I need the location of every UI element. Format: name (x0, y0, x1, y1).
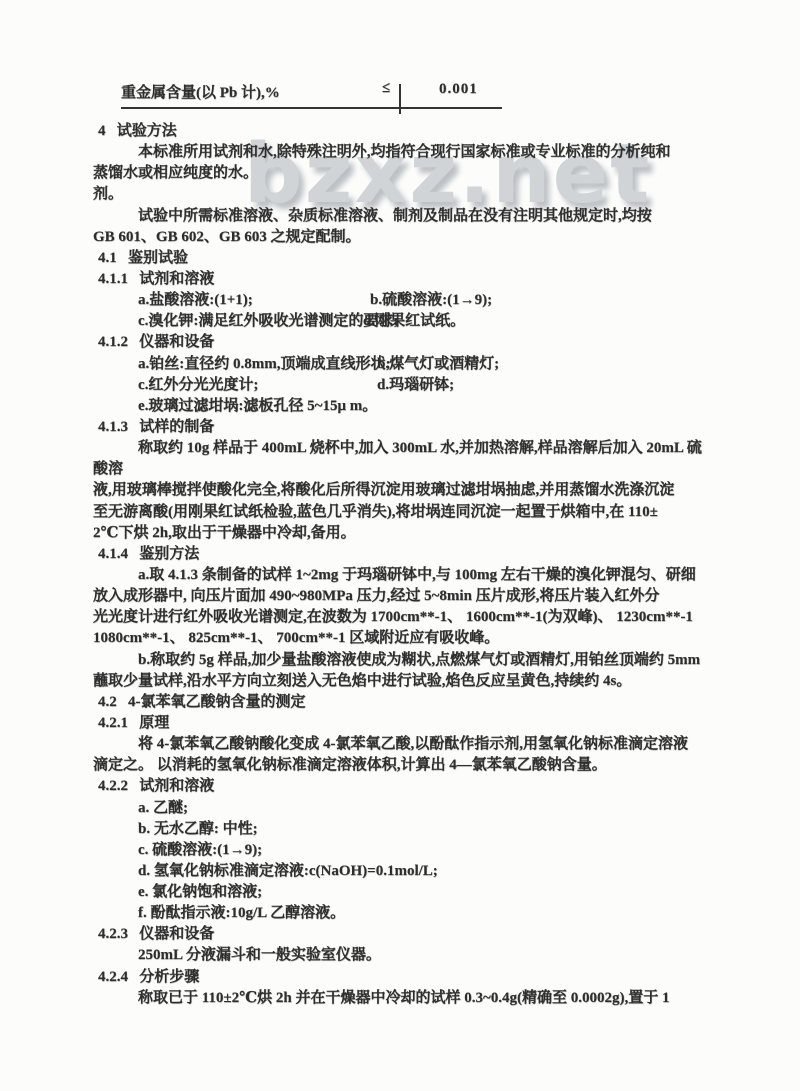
text-line-content: 250mL 分液漏斗和一般实验室仪器。 (138, 947, 381, 963)
text-line: 光光度计进行红外吸收光谱测定,在波数为 1700cm**-1、 1600cm**… (93, 607, 733, 628)
text-line-content: e.玻璃过滤坩埚:滤板孔径 5~15μ m。 (138, 398, 377, 414)
text-line-content: 至无游离酸(用刚果红试纸检验,蓝色几乎消失),将坩埚连同沉淀一起置于烘箱中,在 … (93, 504, 658, 520)
text-line: e.玻璃过滤坩埚:滤板孔径 5~15μ m。 (93, 396, 733, 417)
text-line: 酸溶 (93, 459, 733, 480)
text-line-content: b. 无水乙醇: 中性; (138, 821, 258, 837)
text-line-content: 放入成形器中, 向压片面加 490~980MPa 压力,经过 5~8min 压片… (93, 588, 659, 604)
text-line: GB 601、GB 602、GB 603 之规定配制。 (93, 227, 733, 248)
text-line: 滴定之。 以消耗的氢氧化钠标准滴定溶液体积,计算出 4—氯苯氧乙酸钠含量。 (93, 755, 733, 776)
text-line: 本标准所用试剂和水,除特殊注明外,均指符合现行国家标准或专业标准的分析纯和 (93, 142, 733, 163)
table-bottom-rule (121, 107, 502, 109)
text-line: 液,用玻璃棒搅拌使酸化完全,将酸化后所得沉淀用玻璃过滤坩埚抽虑,并用蒸馏水洗涤沉… (93, 480, 733, 501)
text-line: 1080cm**-1、 825cm**-1、 700cm**-1 区域附近应有吸… (93, 628, 733, 649)
text-line-content: 4.1.1 试剂和溶液 (98, 271, 214, 287)
text-line: a.铂丝:直径约 0.8mm,顶端成直线形状;b.煤气灯或酒精灯; (93, 354, 733, 375)
text-line: 4.2.3 仪器和设备 (93, 924, 733, 945)
text-line-content: 称取已于 110±2℃烘 2h 并在干燥器中冷却的试样 0.3~0.4g(精确至… (138, 990, 670, 1006)
text-line-content: GB 601、GB 602、GB 603 之规定配制。 (93, 229, 361, 245)
text-line: 称取已于 110±2℃烘 2h 并在干燥器中冷却的试样 0.3~0.4g(精确至… (93, 988, 733, 1009)
text-line-content: 将 4-氯苯氧乙酸钠酸化变成 4-氯苯氧乙酸,以酚酞作指示剂,用氢氧化钠标准滴定… (138, 736, 688, 752)
text-line-content: 剂。 (93, 186, 123, 202)
text-line-content: 试验中所需标准溶液、杂质标准溶液、制剂及制品在没有注明其他规定时,均按 (138, 208, 652, 224)
text-line: 蘸取少量试样,沿水平方向立刻送入无色焰中进行试验,焰色反应呈黄色,持续约 4s。 (93, 671, 733, 692)
text-line: 4.2 4-氯苯氧乙酸钠含量的测定 (93, 692, 733, 713)
text-line: 4.1.2 仪器和设备 (93, 332, 733, 353)
table-row-label: 重金属含量(以 Pb 计),% (121, 81, 280, 102)
text-line: 2℃下烘 2h,取出于干燥器中冷却,备用。 (93, 523, 733, 544)
text-line-second-column: d.玛瑙研钵; (377, 375, 454, 396)
text-line-content: 4.2.4 分析步骤 (98, 969, 199, 985)
text-line: 至无游离酸(用刚果红试纸检验,蓝色几乎消失),将坩埚连同沉淀一起置于烘箱中,在 … (93, 502, 733, 523)
text-line-content: 4.2.3 仪器和设备 (98, 926, 214, 942)
text-line-second-column: d.刚果红试纸。 (363, 311, 465, 332)
text-line-content: 4.1.3 试样的制备 (98, 419, 214, 435)
text-line: 4 试验方法 (93, 121, 733, 142)
text-line-content: a.盐酸溶液:(1+1); (138, 292, 253, 308)
text-line-content: 4.2.1 原理 (98, 715, 169, 731)
text-line: b.称取约 5g 样品,加少量盐酸溶液使成为糊状,点燃煤气灯或酒精灯,用铂丝顶端… (93, 650, 733, 671)
text-line: 剂。 (93, 184, 733, 205)
text-line-content: f. 酚酞指示液:10g/L 乙醇溶液。 (138, 905, 345, 921)
text-line: c.红外分光光度计;d.玛瑙研钵; (93, 375, 733, 396)
text-line: b. 无水乙醇: 中性; (93, 819, 733, 840)
text-line-content: 1080cm**-1、 825cm**-1、 700cm**-1 区域附近应有吸… (93, 630, 499, 646)
text-line-content: b.称取约 5g 样品,加少量盐酸溶液使成为糊状,点燃煤气灯或酒精灯,用铂丝顶端… (138, 652, 700, 668)
text-line-content: d. 氢氧化钠标准滴定溶液:c(NaOH)=0.1mol/L; (138, 863, 438, 879)
text-line: 250mL 分液漏斗和一般实验室仪器。 (93, 945, 733, 966)
text-line-content: 2℃下烘 2h,取出于干燥器中冷却,备用。 (93, 525, 356, 541)
table-value: 0.001 (439, 81, 478, 98)
text-line: 4.1.4 鉴别方法 (93, 544, 733, 565)
text-line-content: a.取 4.1.3 条制备的试样 1~2mg 于玛瑙研钵中,与 100mg 左右… (138, 567, 696, 583)
text-line-content: 液,用玻璃棒搅拌使酸化完全,将酸化后所得沉淀用玻璃过滤坩埚抽虑,并用蒸馏水洗涤沉… (93, 482, 674, 498)
text-line: c.溴化钾:满足红外吸收光谱测定的要求;d.刚果红试纸。 (93, 311, 733, 332)
text-line: d. 氢氧化钠标准滴定溶液:c(NaOH)=0.1mol/L; (93, 861, 733, 882)
text-line-content: c. 硫酸溶液:(1→9); (138, 842, 262, 858)
document-body: 4 试验方法本标准所用试剂和水,除特殊注明外,均指符合现行国家标准或专业标准的分… (93, 121, 733, 1009)
text-line: 试验中所需标准溶液、杂质标准溶液、制剂及制品在没有注明其他规定时,均按 (93, 206, 733, 227)
text-line-content: c.红外分光光度计; (138, 377, 258, 393)
table-operator: ≤ (382, 80, 390, 97)
table-column-divider (399, 84, 401, 114)
document-page: bzxz.net 重金属含量(以 Pb 计),% ≤ 0.001 4 试验方法本… (0, 0, 800, 1091)
text-line-second-column: b.硫酸溶液:(1→9); (370, 290, 492, 311)
text-line-content: 酸溶 (93, 461, 123, 477)
text-line-content: c.溴化钾:满足红外吸收光谱测定的要求; (138, 313, 398, 329)
text-line: 蒸馏水或相应纯度的水。 (93, 163, 733, 184)
text-line-content: 4.1 鉴别试验 (98, 250, 188, 266)
text-line-content: 4.1.4 鉴别方法 (98, 546, 199, 562)
text-line: c. 硫酸溶液:(1→9); (93, 840, 733, 861)
text-line-content: 4.2 4-氯苯氧乙酸钠含量的测定 (98, 694, 306, 710)
text-line: a.取 4.1.3 条制备的试样 1~2mg 于玛瑙研钵中,与 100mg 左右… (93, 565, 733, 586)
text-line: 放入成形器中, 向压片面加 490~980MPa 压力,经过 5~8min 压片… (93, 586, 733, 607)
text-line-content: 蒸馏水或相应纯度的水。 (93, 165, 258, 181)
text-line-content: 4.1.2 仪器和设备 (98, 334, 214, 350)
text-line-content: a.铂丝:直径约 0.8mm,顶端成直线形状; (138, 356, 390, 372)
text-line: 4.1.1 试剂和溶液 (93, 269, 733, 290)
text-line-content: e. 氯化钠饱和溶液; (138, 884, 262, 900)
text-line: f. 酚酞指示液:10g/L 乙醇溶液。 (93, 903, 733, 924)
text-line: 4.2.2 试剂和溶液 (93, 776, 733, 797)
text-line: 4.1.3 试样的制备 (93, 417, 733, 438)
text-line: e. 氯化钠饱和溶液; (93, 882, 733, 903)
text-line: 将 4-氯苯氧乙酸钠酸化变成 4-氯苯氧乙酸,以酚酞作指示剂,用氢氧化钠标准滴定… (93, 734, 733, 755)
text-line-content: a. 乙醚; (138, 800, 188, 816)
text-line-content: 称取约 10g 样品于 400mL 烧杯中,加入 300mL 水,并加热溶解,样… (138, 440, 702, 456)
text-line: a. 乙醚; (93, 798, 733, 819)
text-line: 4.2.4 分析步骤 (93, 967, 733, 988)
text-line: 称取约 10g 样品于 400mL 烧杯中,加入 300mL 水,并加热溶解,样… (93, 438, 733, 459)
text-line-content: 蘸取少量试样,沿水平方向立刻送入无色焰中进行试验,焰色反应呈黄色,持续约 4s。 (93, 673, 631, 689)
text-line: 4.1 鉴别试验 (93, 248, 733, 269)
text-line: 4.2.1 原理 (93, 713, 733, 734)
text-line: a.盐酸溶液:(1+1);b.硫酸溶液:(1→9); (93, 290, 733, 311)
text-line-content: 4.2.2 试剂和溶液 (98, 778, 214, 794)
text-line-content: 光光度计进行红外吸收光谱测定,在波数为 1700cm**-1、 1600cm**… (93, 609, 693, 625)
text-line-content: 滴定之。 以消耗的氢氧化钠标准滴定溶液体积,计算出 4—氯苯氧乙酸钠含量。 (93, 757, 607, 773)
text-line-content: 4 试验方法 (98, 123, 177, 139)
text-line-second-column: b.煤气灯或酒精灯; (377, 354, 499, 375)
text-line-content: 本标准所用试剂和水,除特殊注明外,均指符合现行国家标准或专业标准的分析纯和 (138, 144, 671, 160)
